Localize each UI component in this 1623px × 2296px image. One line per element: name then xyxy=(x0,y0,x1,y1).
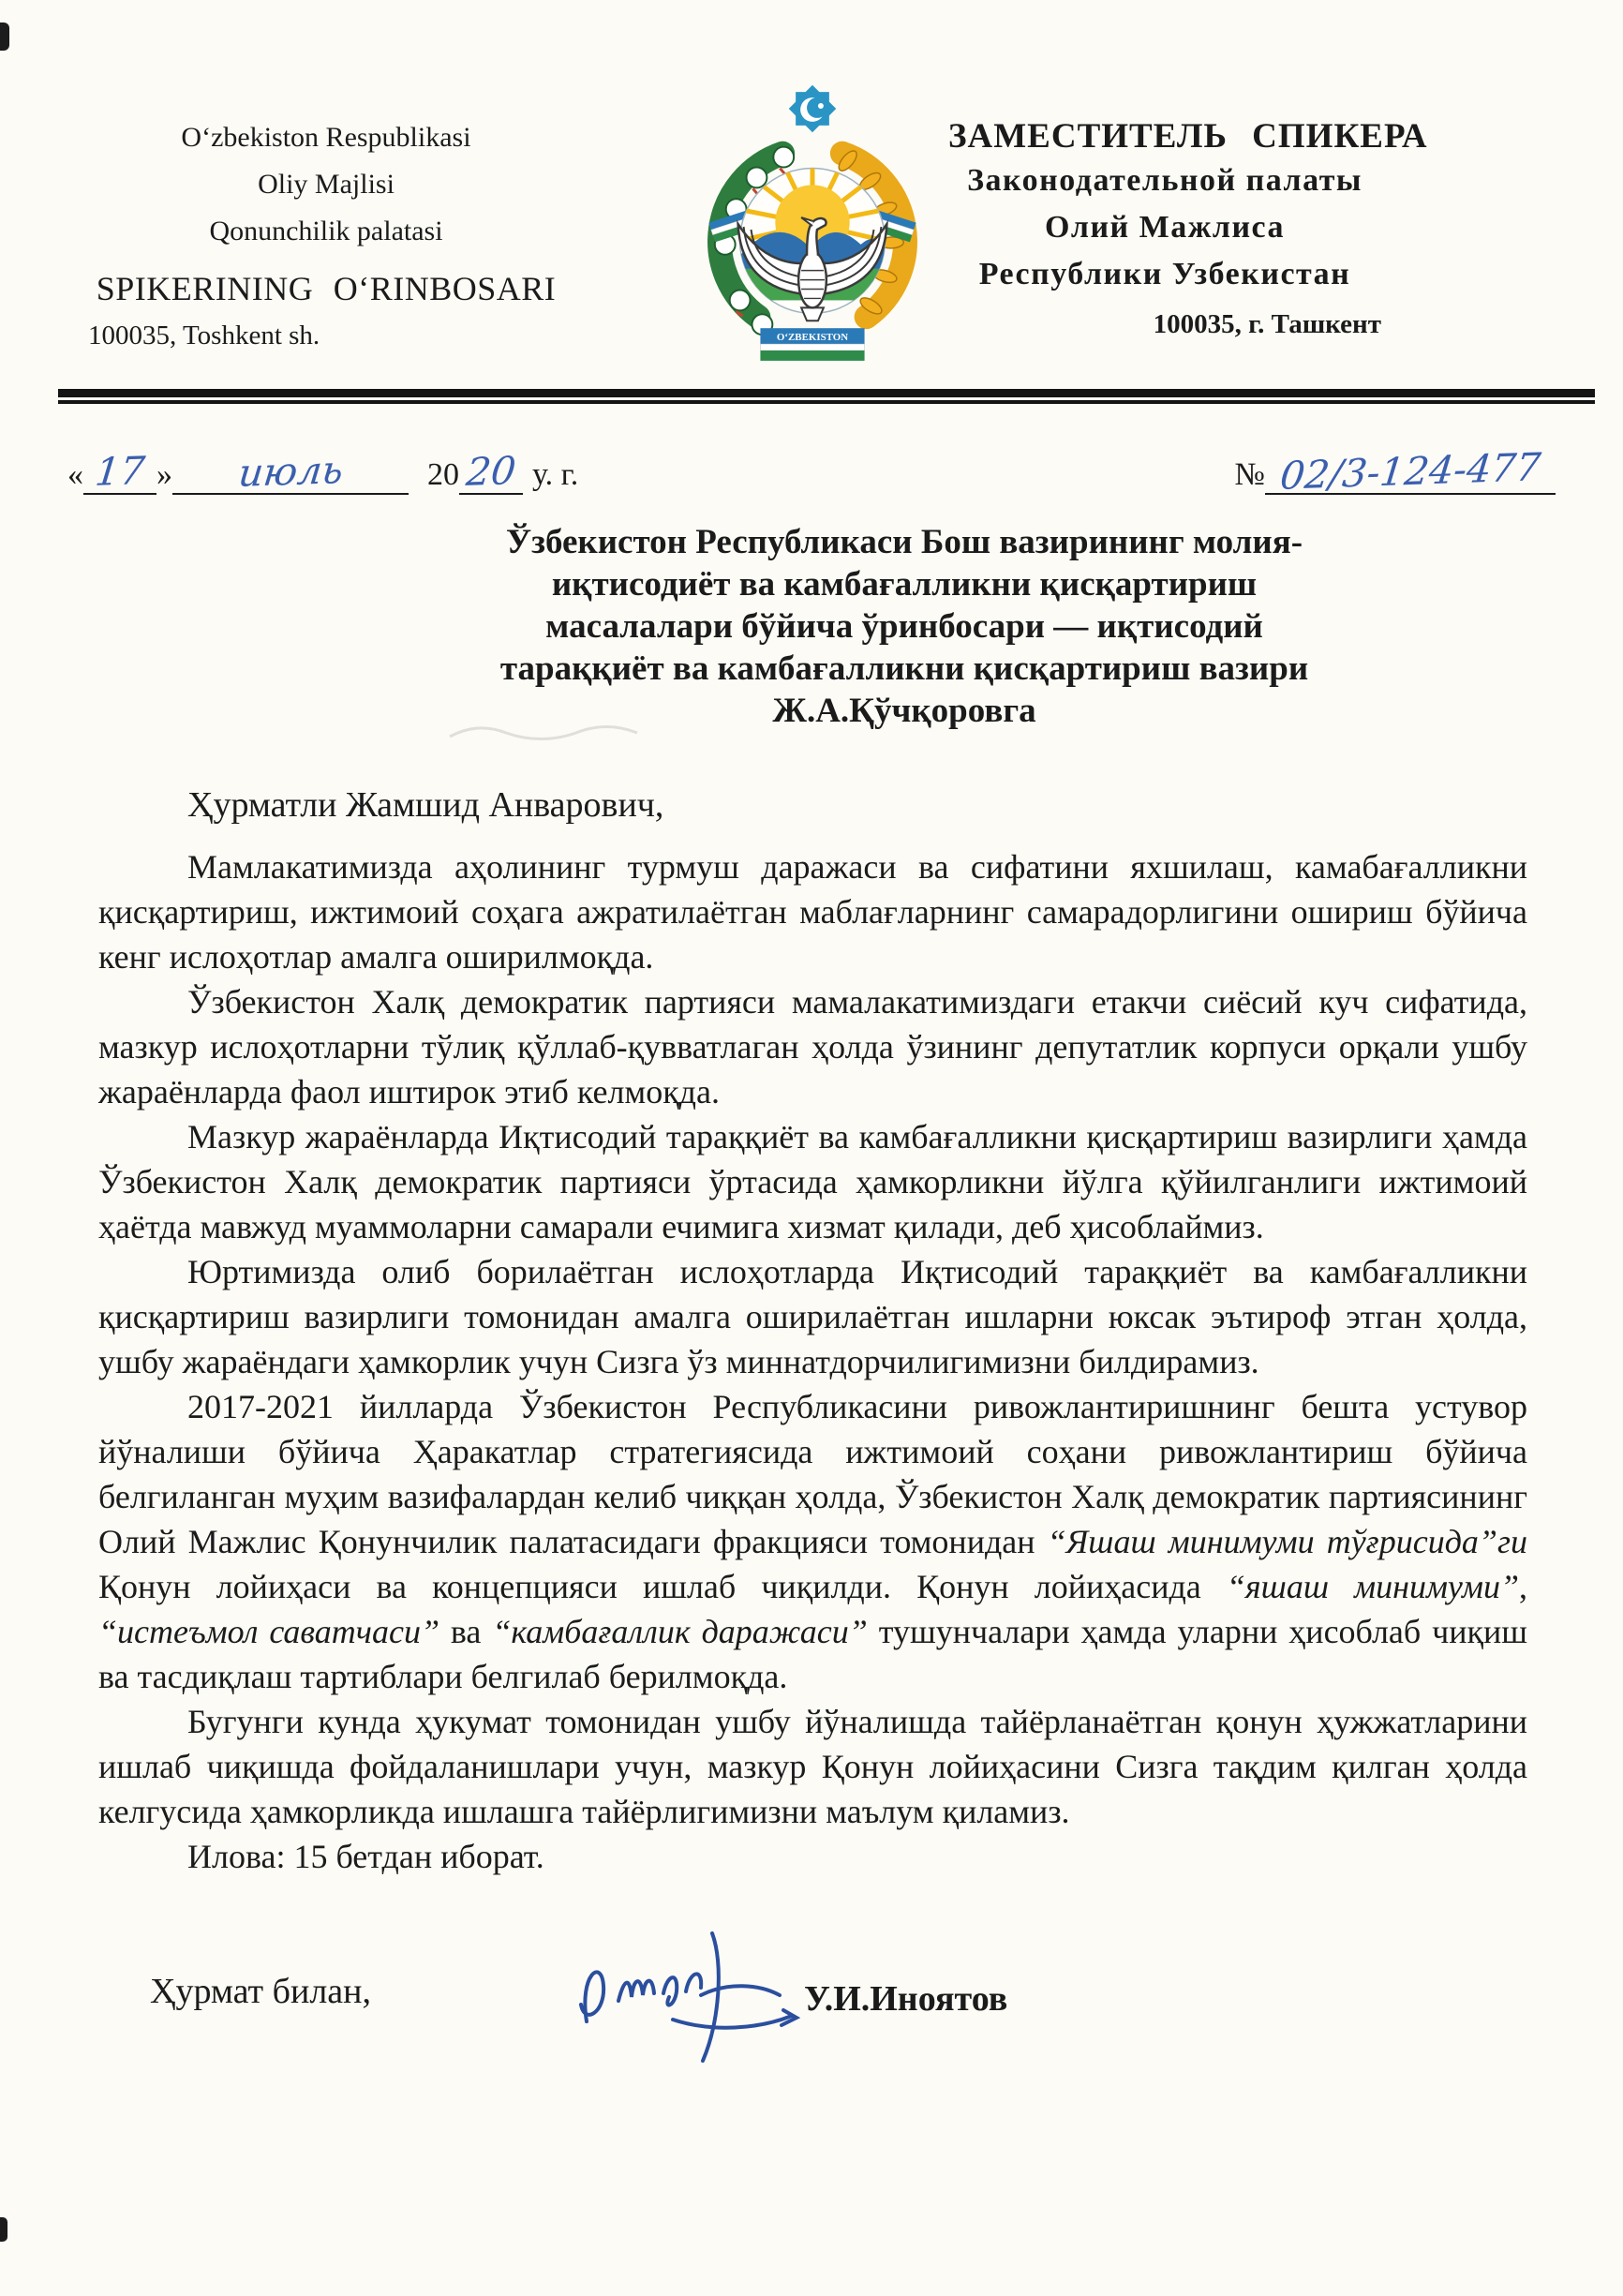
letterhead-divider xyxy=(58,389,1595,404)
addressee-line: Ўзбекистон Республикаси Бош вазирининг м… xyxy=(365,521,1443,563)
addressee-line: масалалари бўйича ўринбосари — иқтисодий xyxy=(365,605,1443,648)
addressee-block: Ўзбекистон Республикаси Бош вазирининг м… xyxy=(365,521,1443,732)
number-line: №02/3-124-477 xyxy=(1235,455,1556,495)
letterhead-left-title: SPIKERINING O‘RINBOSARI xyxy=(73,268,579,309)
paragraph: Мамлакатимизда аҳолининг турмуш даражаси… xyxy=(98,844,1527,979)
date-month-blank: июль xyxy=(172,455,409,495)
date-year-blank: 20 xyxy=(459,455,523,495)
paragraph: Юртимизда олиб борилаётган ислоҳотларда … xyxy=(98,1249,1527,1384)
date-line: «17»июль2020у. г. xyxy=(67,455,578,495)
letterhead-left: O‘zbekiston Respublikasi Oliy Majlisi Qo… xyxy=(73,114,579,351)
date-close-quote: » xyxy=(156,457,172,492)
paragraph: Илова: 15 бетдан иборат. xyxy=(98,1834,1527,1879)
letterhead-right-line: Республики Узбекистан xyxy=(948,251,1381,298)
handwritten-month: июль xyxy=(236,454,344,489)
addressee-line: тараққиёт ва камбағалликни қисқартириш в… xyxy=(365,648,1443,690)
paragraph: Бугунги кунда ҳукумат томонидан ушбу йўн… xyxy=(98,1699,1527,1834)
signatory-name: У.И.Иноятов xyxy=(804,1978,1007,2020)
letterhead-left-line: Oliy Majlisi xyxy=(73,161,579,208)
date-open-quote: « xyxy=(67,457,83,492)
letterhead-left-address: 100035, Toshkent sh. xyxy=(73,321,579,351)
salutation: Ҳурматли Жамшид Анварович, xyxy=(187,784,1623,826)
handwritten-number: 02/3-124-477 xyxy=(1278,451,1541,492)
body-paragraphs: Мамлакатимизда аҳолининг турмуш даражаси… xyxy=(98,844,1527,1879)
letterhead-right-line: Олий Мажлиса xyxy=(948,204,1381,251)
handwritten-year: 20 xyxy=(465,455,517,488)
number-label: № xyxy=(1235,457,1265,492)
letterhead-right-title: ЗАМЕСТИТЕЛЬ СПИКЕРА xyxy=(948,116,1381,157)
pencil-mark xyxy=(440,712,647,750)
handwritten-day: 17 xyxy=(94,455,146,488)
letterhead-right: ЗАМЕСТИТЕЛЬ СПИКЕРА Законодательной пала… xyxy=(948,116,1381,340)
letterhead: O‘zbekiston Respublikasi Oliy Majlisi Qo… xyxy=(0,0,1623,414)
reference-row: «17»июль2020у. г. №02/3-124-477 xyxy=(0,455,1623,495)
uzbekistan-coat-of-arms-icon: O‘ZBEKISTON xyxy=(692,84,933,377)
paragraph: Ўзбекистон Халқ демократик партияси мама… xyxy=(98,979,1527,1114)
letter-page: O‘zbekiston Respublikasi Oliy Majlisi Qo… xyxy=(0,0,1623,2296)
closing-block: Ҳурмат билан, У.И.Иноятов xyxy=(0,1916,1623,2160)
paragraph: 2017-2021 йилларда Ўзбекистон Республика… xyxy=(98,1384,1527,1699)
number-blank: 02/3-124-477 xyxy=(1265,455,1556,495)
letterhead-right-address: 100035, г. Ташкент xyxy=(948,309,1381,340)
addressee-line: иқтисодиёт ва камбағалликни қисқартириш xyxy=(365,563,1443,605)
paragraph: Мазкур жараёнларда Иқтисодий тараққиёт в… xyxy=(98,1114,1527,1249)
handwritten-signature xyxy=(560,1907,841,2076)
letterhead-right-line: Законодательной палаты xyxy=(948,157,1381,204)
date-day-blank: 17 xyxy=(83,455,156,495)
date-year-suffix: у. г. xyxy=(532,457,578,492)
date-year-prefix: 20 xyxy=(427,457,459,492)
letterhead-left-line: Qonunchilik palatasi xyxy=(73,208,579,255)
closing-regards: Ҳурмат билан, xyxy=(150,1971,371,2012)
scan-artifact xyxy=(0,2217,7,2242)
emblem-ribbon-text: O‘ZBEKISTON xyxy=(777,332,848,343)
letterhead-left-line: O‘zbekiston Respublikasi xyxy=(73,114,579,161)
